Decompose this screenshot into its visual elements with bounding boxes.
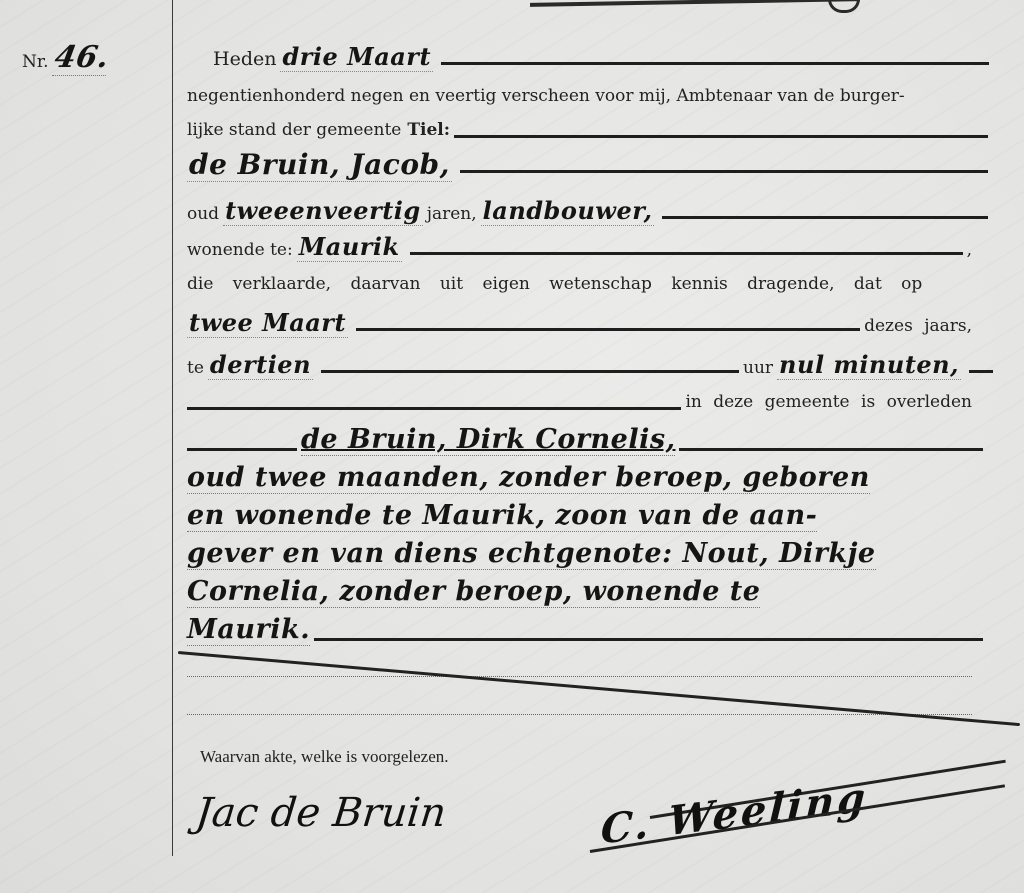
residence-label: wonende te: [187,240,293,260]
death-date-handwritten: twee Maart [187,308,348,338]
fill-rule [460,170,988,173]
age-unit: jaren, [427,204,477,224]
fill-rule [441,62,989,65]
empty-dotted-row [187,676,972,677]
fill-rule [410,252,963,255]
heden-date-handwritten: drie Maart [280,42,433,72]
declarant-age-handwritten: tweeenveertig [223,196,423,226]
row-declarant-name: de Bruin, Jacob, [187,148,992,182]
empty-dotted-row [187,714,972,715]
row-date-of-death: twee Maart dezes jaars, [187,308,972,338]
dezes-jaars-label: dezes jaars, [864,316,972,336]
municipality-label: lijke stand der gemeente [187,120,401,140]
mother-details-handwritten: Cornelia, zonder beroep, wonende te [187,576,760,608]
fill-rule [679,448,983,451]
row-year-statement: negentienhonderd negen en veertig versch… [187,86,972,106]
row-time-of-death: te dertien uur nul minuten, [187,350,997,380]
row-declaration: die verklaarde, daarvan uit eigen wetens… [187,274,972,294]
row-place-of-death: in deze gemeente is overleden [187,392,972,412]
uur-label: uur [743,358,773,378]
record-number: Nr. 46. [22,40,108,76]
residence-comma: , [967,240,972,260]
deceased-name-handwritten: de Bruin, Dirk Cornelis, [301,424,675,456]
declaration-text: die verklaarde, daarvan uit eigen wetens… [187,274,922,294]
record-number-label: Nr. [22,52,49,72]
declarant-name-handwritten: de Bruin, Jacob, [187,148,452,182]
fill-rule [356,328,860,331]
row-municipality: lijke stand der gemeente Tiel: [187,120,992,140]
mother-residence-handwritten: Maurik. [187,614,310,646]
year-statement-text: negentienhonderd negen en veertig versch… [187,86,905,106]
deceased-line: en wonende te Maurik, zoon van de aan- [187,500,987,538]
deceased-line: de Bruin, Dirk Cornelis, [187,424,987,462]
fill-rule [187,407,681,410]
deceased-residence-parent-handwritten: en wonende te Maurik, zoon van de aan- [187,500,817,532]
time-prefix: te [187,358,204,378]
fill-rule [969,370,993,373]
record-number-value: 46. [51,40,111,76]
heden-label: Heden [213,48,276,70]
deceased-age-occupation-handwritten: oud twee maanden, zonder beroep, geboren [187,462,870,494]
margin-rule [172,0,173,856]
municipality-name: Tiel: [407,120,450,140]
deceased-mother-handwritten: gever en van diens echtgenote: Nout, Dir… [187,538,876,570]
age-prefix: oud [187,204,219,224]
row-heden: Heden drie Maart [213,42,993,72]
deceased-line: oud twee maanden, zonder beroep, geboren [187,462,987,500]
row-residence: wonende te: Maurik , [187,232,972,262]
death-hour-handwritten: dertien [208,350,313,380]
fill-rule [454,135,988,138]
deceased-details: de Bruin, Dirk Cornelis, oud twee maande… [187,424,987,652]
death-minutes-handwritten: nul minuten, [777,350,961,380]
closing-statement: Waarvan akte, welke is voorgelezen. [200,747,448,767]
deceased-line: Cornelia, zonder beroep, wonende te [187,576,987,614]
declarant-residence-handwritten: Maurik [297,232,402,262]
deceased-line: gever en van diens echtgenote: Nout, Dir… [187,538,987,576]
declarant-signature: Jac de Bruin [194,790,449,836]
fill-rule [314,638,983,641]
row-age-occupation: oud tweeenveertig jaren, landbouwer, [187,196,992,226]
place-of-death-text: in deze gemeente is overleden [685,392,972,412]
fill-rule [662,216,988,219]
deceased-line: Maurik. [187,614,987,652]
fill-rule [321,370,739,373]
declarant-occupation-handwritten: landbouwer, [481,196,655,226]
fill-rule [187,448,297,451]
